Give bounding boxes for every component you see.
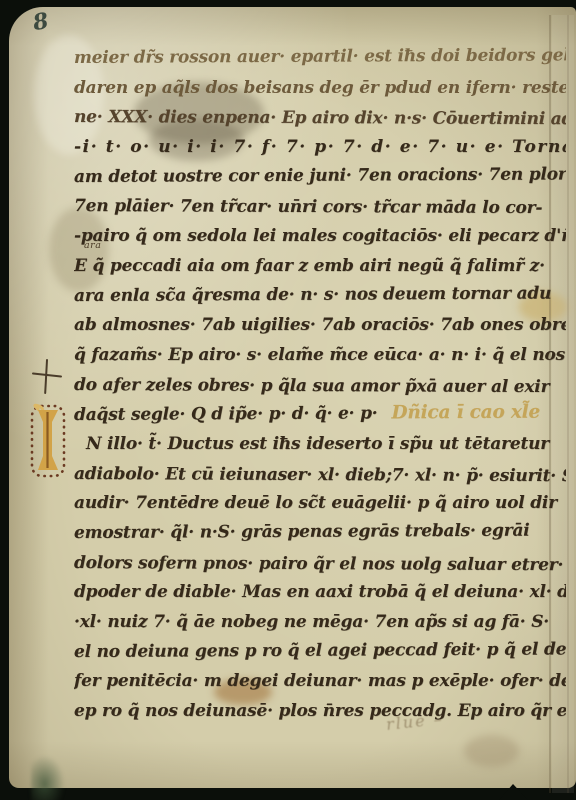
manuscript-line: ep ro q̃ nos deiunasē· plos n̄res peccad… [74, 697, 566, 727]
manuscript-line-text: daq̃st segle· Q d ip̃e· p· d· q̃· e· p· [74, 404, 378, 426]
manuscript-line: adiabolo· Et cū ieiunaser· xl· dieb;7· x… [74, 460, 566, 492]
manuscript-line: am detot uostre cor enie juni· 7en oraci… [74, 160, 566, 192]
manuscript-line: -i· t· o· u· i· i· 7· f· 7· p· 7· d· e· … [74, 133, 566, 163]
manuscript-line-with-rubric: daq̃st segle· Q d ip̃e· p· d· q̃· e· p·D… [74, 398, 566, 430]
manuscript-line: fer penitēcia· m degei deiunar· mas p ex… [74, 667, 566, 697]
manuscript-line: audir· 7entēdre deuē lo sc̃t euāgelii· p… [74, 489, 566, 519]
manuscript-line: ·xl· nuiz 7· q̃ āe nobeg ne mēga· 7en ap… [74, 608, 566, 638]
manuscript-line: emostrar· q̃l· n·S· grās penas egrās tre… [74, 516, 566, 548]
manuscript-line: ne· XXX· dies enpena· Ep airo dix· n·s· … [74, 103, 566, 135]
manuscript-line: daren ep aq̃ls dos beisans deg ēr pdud e… [74, 74, 566, 104]
manuscript-line: -pairo q̃ om sedola lei males cogitaciōs… [74, 222, 566, 252]
manuscript-line: ara enla sc̃a q̃resma de· n· s· nos deue… [74, 279, 566, 311]
manuscript-line: ab almosnes· 7ab uigilies· 7ab oraciōs· … [74, 311, 566, 341]
parchment-crease [567, 15, 569, 793]
text-block: meier dr̃s rosson auer· epartil· est iħs… [74, 44, 566, 727]
illuminated-initial [25, 398, 71, 482]
manuscript-line: N illo· t̃· Ductus est iħs ideserto ī sp… [74, 430, 566, 460]
margin-cross-icon [30, 357, 64, 401]
stain [464, 735, 519, 767]
page-edge-notch [499, 784, 528, 800]
manuscript-line: meier dr̃s rosson auer· epartil· est iħs… [74, 44, 566, 74]
manuscript-line: dpoder de diable· Mas en aaxi trobā q̃ e… [74, 578, 566, 608]
manuscript-line: q̃ fazam̃s· Ep airo· s· elam̃e m̃ce eūca… [74, 341, 566, 371]
manuscript-line: E q̃ peccadi aia om faar z emb airi negũ… [74, 252, 566, 282]
rubric-heading: Dñica ī cao xl̃e [391, 402, 540, 424]
manuscript-line: dolors sofern pnos· pairo q̃r el nos uol… [74, 549, 566, 581]
manuscript-line: 7en plāier· 7en tr̃car· un̄ri cors· tr̃c… [74, 192, 566, 224]
manuscript-photo: 8 ara meier dr̃s rosson auer· epartil· e… [0, 0, 576, 800]
ink-smudge [31, 755, 65, 800]
manuscript-line: el no deiuna gens p ro q̃ el agei peccad… [74, 635, 566, 667]
